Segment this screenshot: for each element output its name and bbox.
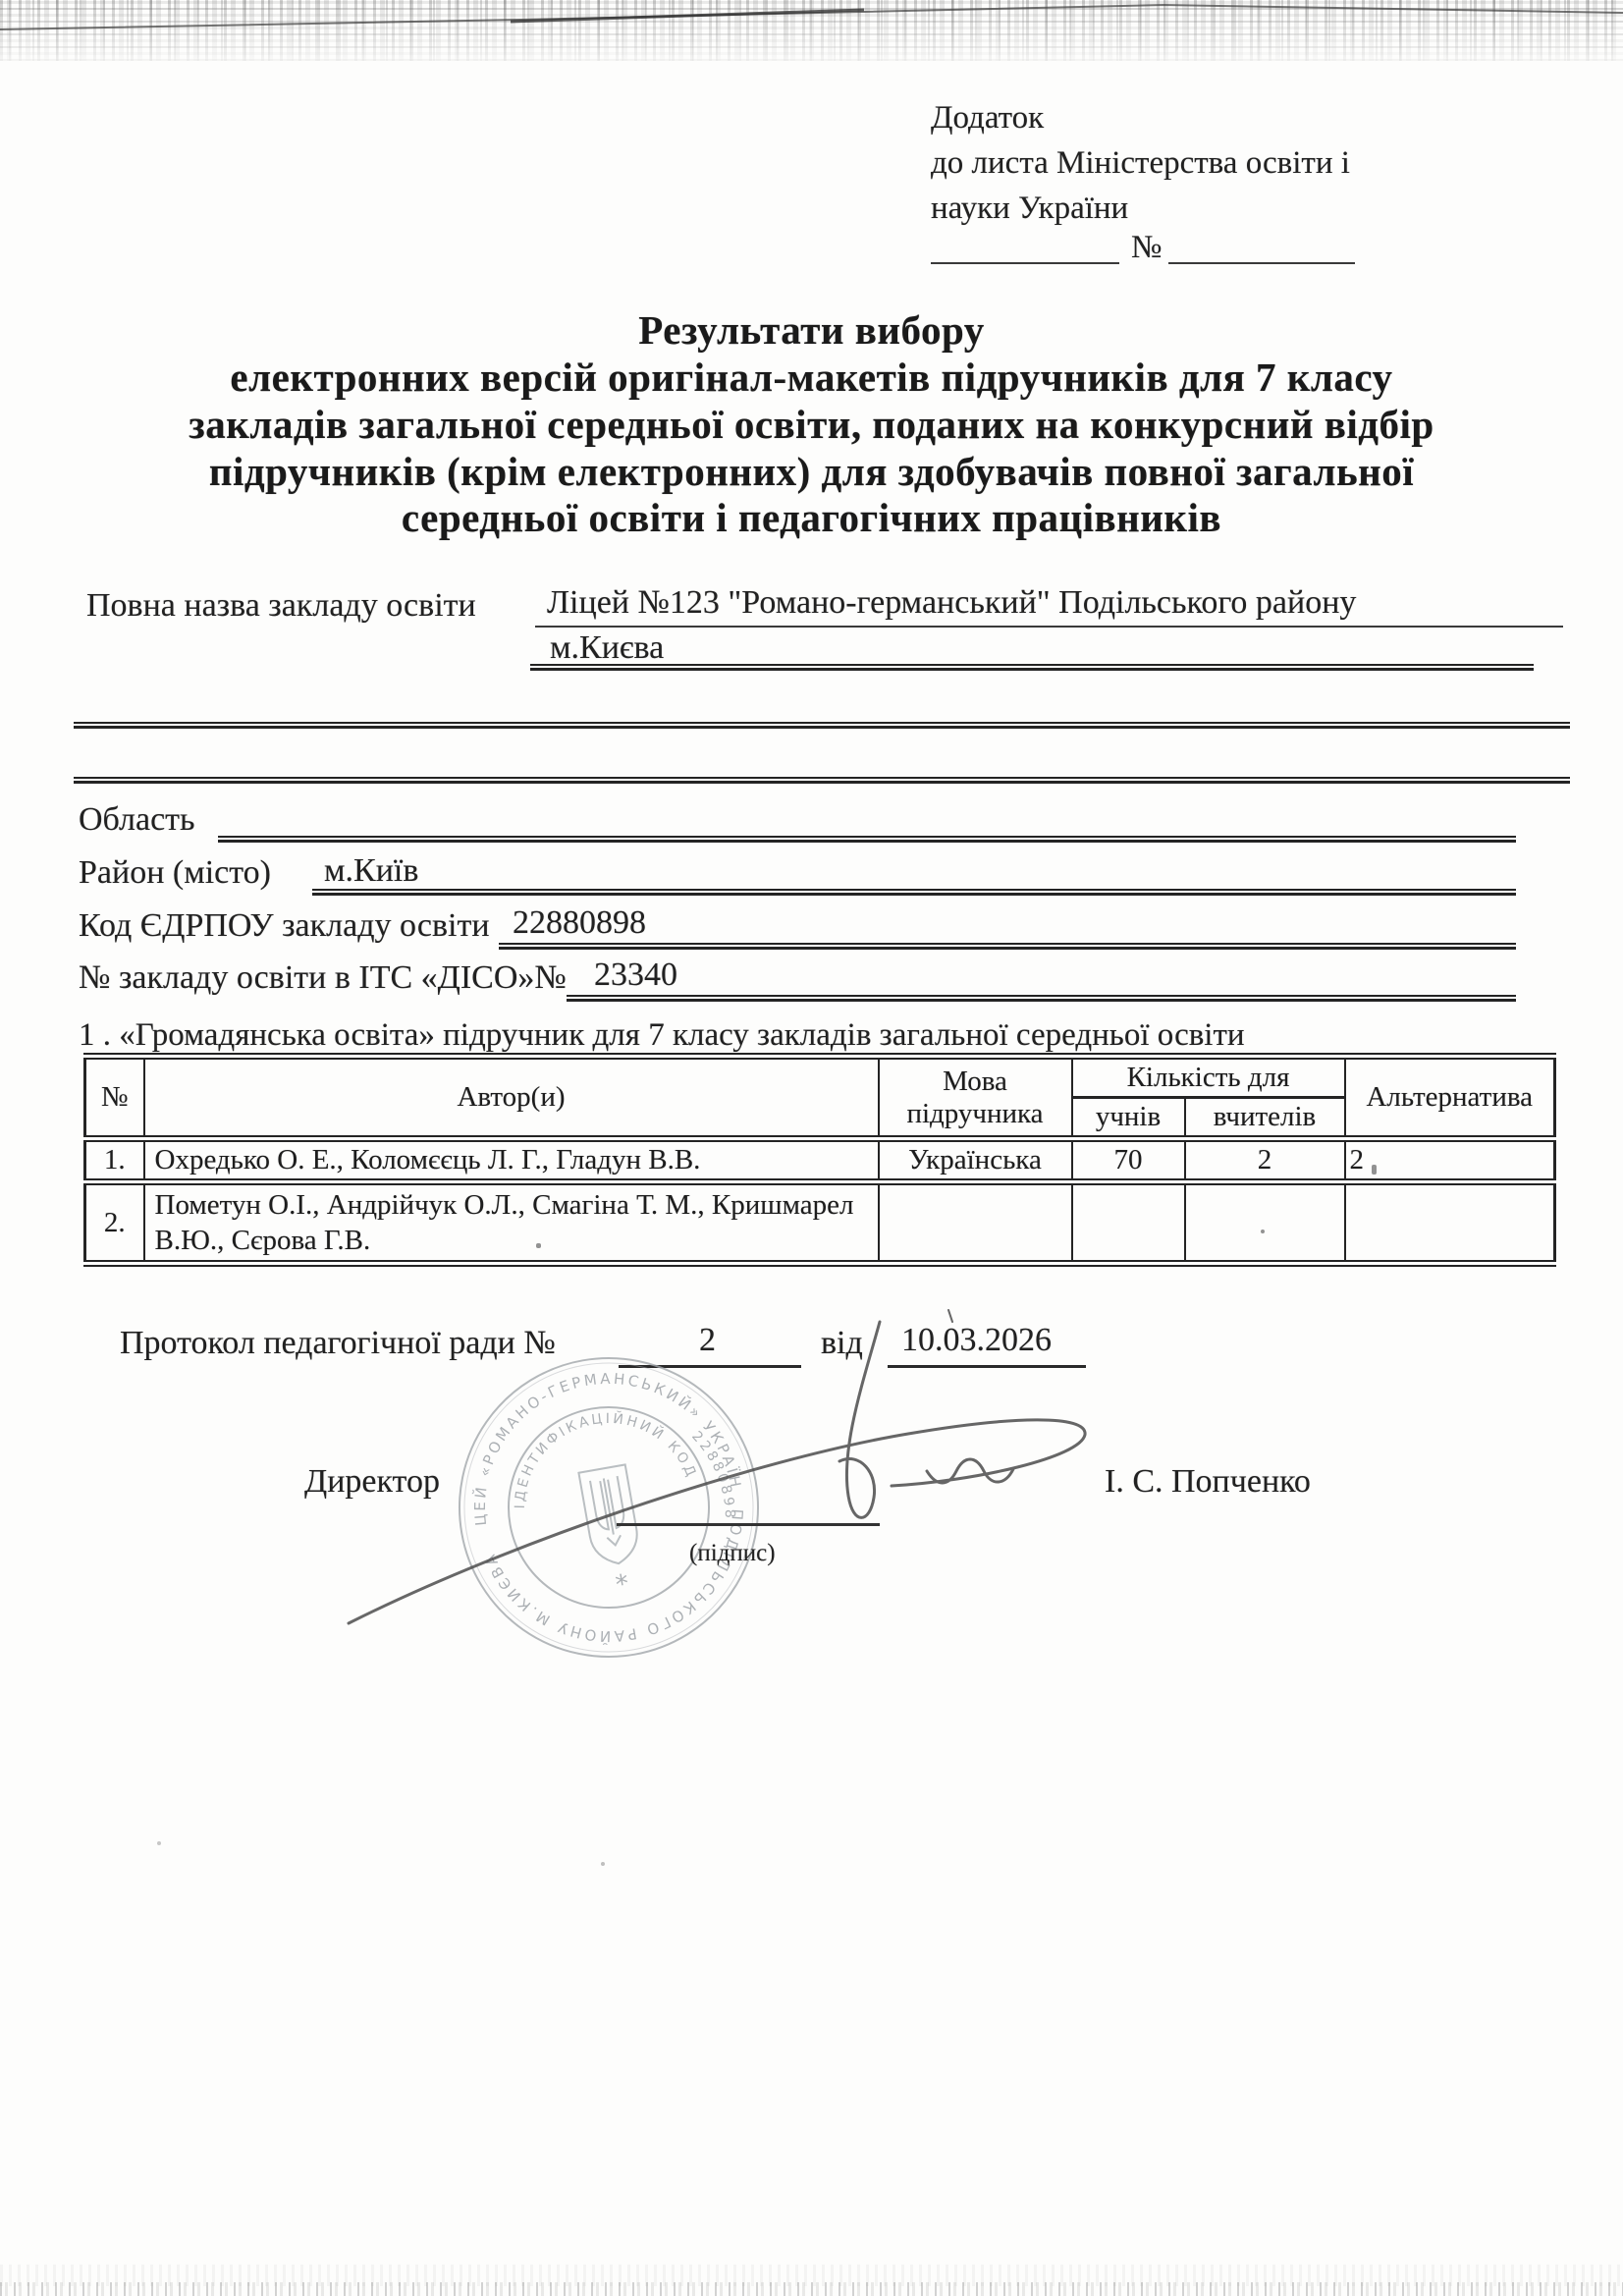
row2-number: 2.: [85, 1182, 144, 1264]
row1-number: 1.: [85, 1139, 144, 1182]
row2-teachers-count: [1185, 1182, 1345, 1264]
col-header-authors: Автор(и): [144, 1057, 879, 1139]
itso-label: № закладу освіти в ІТС «ДІСО»№: [79, 959, 567, 997]
school-name-label: Повна назва закладу освіти: [86, 587, 476, 625]
doc-title-line-5: середньої освіти і педагогічних працівни…: [0, 494, 1623, 541]
scan-speck: [1261, 1230, 1265, 1233]
col-header-number: №: [85, 1057, 144, 1139]
scan-speck: [601, 1862, 605, 1866]
row1-students-count: 70: [1072, 1139, 1185, 1182]
school-name-value-line2: м.Києва: [550, 629, 664, 667]
col-header-language: Мова підручника: [879, 1057, 1072, 1139]
scan-edge-line: [0, 0, 1623, 43]
table-row: 1. Охредько О. Е., Коломєєць Л. Г., Глад…: [85, 1139, 1555, 1182]
col-header-quantity: Кількість для: [1072, 1057, 1345, 1098]
rayon-label: Район (місто): [79, 854, 271, 892]
rayon-value: м.Київ: [324, 852, 418, 890]
appendix-number-symbol: №: [1131, 230, 1163, 266]
scan-speck: [157, 1841, 161, 1845]
school-name-underline-2: [530, 664, 1534, 671]
oblast-underline: [218, 836, 1516, 843]
scanned-document-page: Додаток до листа Міністерства освіти і н…: [0, 0, 1623, 2296]
textbook-selection-table: № Автор(и) Мова підручника Кількість для…: [83, 1053, 1556, 1267]
appendix-line-2: до листа Міністерства освіти і: [931, 145, 1350, 182]
row2-students-count: [1072, 1182, 1185, 1264]
table-row: 2. Пометун О.І., Андрійчук О.Л., Смагіна…: [85, 1182, 1555, 1264]
section-heading: 1 . «Громадянська освіта» підручник для …: [79, 1017, 1245, 1054]
scan-speck: [536, 1243, 541, 1248]
row2-authors: Пометун О.І., Андрійчук О.Л., Смагіна Т.…: [144, 1182, 879, 1264]
appendix-number-line-left: [931, 262, 1119, 264]
appendix-number-line-right: [1168, 262, 1355, 264]
oblast-label: Область: [79, 801, 195, 839]
rayon-underline: [312, 889, 1516, 896]
doc-title-line-2: електронних версій оригінал-макетів підр…: [0, 354, 1623, 401]
scan-noise-bottom: [0, 2282, 1623, 2296]
handwritten-signature: [334, 1294, 1139, 1667]
school-name-value-line1: Ліцей №123 "Романо-германський" Подільсь…: [547, 584, 1356, 622]
edrpou-underline: [499, 943, 1516, 950]
doc-title-line-1: Результати вибору: [0, 306, 1623, 354]
edrpou-value: 22880898: [513, 904, 646, 942]
col-header-teachers: вчителів: [1185, 1098, 1345, 1139]
row1-language: Українська: [879, 1139, 1072, 1182]
blank-line-2: [74, 777, 1570, 784]
row1-teachers-count: 2: [1185, 1139, 1345, 1182]
doc-title-line-4: підручників (крім електронних) для здобу…: [0, 448, 1623, 495]
blank-line-1: [74, 722, 1570, 729]
col-header-students: учнів: [1072, 1098, 1185, 1139]
appendix-line-1: Додаток: [931, 100, 1044, 137]
scan-speck: [1372, 1165, 1377, 1175]
edrpou-label: Код ЄДРПОУ закладу освіти: [79, 907, 490, 945]
row1-authors: Охредько О. Е., Коломєєць Л. Г., Гладун …: [144, 1139, 879, 1182]
row2-alternative: [1345, 1182, 1555, 1264]
school-name-underline-1: [535, 626, 1563, 628]
row1-alternative: 2: [1345, 1139, 1555, 1182]
itso-underline: [567, 995, 1516, 1002]
appendix-line-3: науки України: [931, 191, 1128, 227]
doc-title-line-3: закладів загальної середньої освіти, под…: [0, 401, 1623, 448]
itso-value: 23340: [594, 957, 677, 994]
row2-language: [879, 1182, 1072, 1264]
col-header-alternative: Альтернатива: [1345, 1057, 1555, 1139]
